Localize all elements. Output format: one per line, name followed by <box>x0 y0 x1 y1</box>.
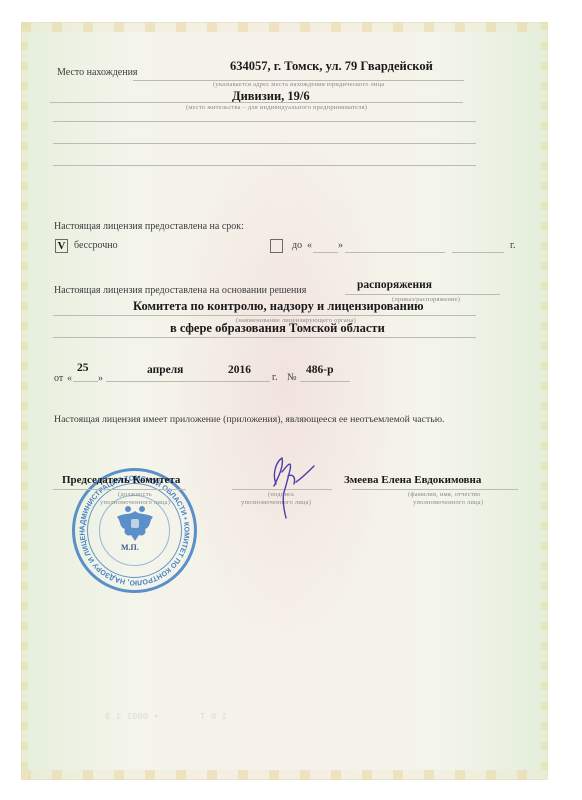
basis-doc-type-underline <box>345 294 500 295</box>
term-label: Настоящая лицензия предоставлена на срок… <box>54 221 244 232</box>
decision-year-underline <box>215 381 270 382</box>
position-hint-2: уполномоченного лица) <box>100 499 170 506</box>
decision-number-sign: № <box>287 372 297 383</box>
decision-number-underline <box>300 381 350 382</box>
date-prefix: от <box>54 373 63 384</box>
appendix-note: Настоящая лицензия имеет приложение (при… <box>54 414 445 425</box>
decision-month: апреля <box>147 364 183 376</box>
name-underline <box>352 489 518 490</box>
decision-month-underline <box>106 381 216 382</box>
handwritten-signature <box>262 452 322 522</box>
name-hint-1: (фамилия, имя, отчество <box>408 491 481 498</box>
indefinite-label: бессрочно <box>74 240 118 251</box>
until-year-suffix: г. <box>510 240 515 251</box>
basis-doc-type: распоряжения <box>357 279 432 291</box>
license-page <box>21 22 548 780</box>
signatory-position: Председатель Комитета <box>62 474 180 486</box>
until-close-quote: » <box>338 240 343 251</box>
decorative-border-bottom <box>21 770 548 780</box>
position-underline <box>53 489 186 490</box>
basis-label: Настоящая лицензия предоставлена на осно… <box>54 285 306 296</box>
decorative-border-left <box>21 22 28 780</box>
blank-line-3 <box>53 165 476 166</box>
until-month-field <box>345 252 445 253</box>
decorative-border-top <box>21 22 548 32</box>
decision-year: 2016 <box>228 364 251 376</box>
location-hint-1: (указывается адрес места нахождения юрид… <box>213 81 384 88</box>
until-year-field <box>452 252 504 253</box>
signatory-name: Змеева Елена Евдокимовна <box>344 474 481 486</box>
blank-line-1 <box>53 121 476 122</box>
seal-place-label: М.П. <box>121 543 139 552</box>
location-hint-2: (место жительства – для индивидуального … <box>186 104 367 111</box>
decision-day-underline <box>73 381 98 382</box>
position-hint-1: (должность <box>118 491 152 498</box>
bleed-through-serial: • 0001 1 9 <box>105 712 159 722</box>
date-open-quote: « <box>67 373 72 384</box>
decision-number: 486-р <box>306 364 333 376</box>
basis-authority-line1: Комитета по контролю, надзору и лицензир… <box>133 299 424 314</box>
basis-authority-line2: в сфере образования Томской области <box>170 321 385 336</box>
coat-of-arms-icon <box>113 501 157 545</box>
bleed-through-serial-2: 1 0 T <box>200 712 227 722</box>
indefinite-checkbox[interactable]: V <box>55 239 68 253</box>
until-day-field <box>313 252 338 253</box>
official-seal: АДМИНИСТРАЦИЯ ТОМСКОЙ ОБЛАСТИ • КОМИТЕТ … <box>72 468 197 593</box>
until-date-checkbox[interactable] <box>270 239 283 253</box>
until-open-quote: « <box>307 240 312 251</box>
blank-line-2 <box>53 143 476 144</box>
location-value-line1: 634057, г. Томск, ул. 79 Гвардейской <box>230 59 433 74</box>
location-label: Место нахождения <box>57 67 138 78</box>
location-underline-2 <box>50 102 463 103</box>
name-hint-2: уполномоченного лица) <box>413 499 483 506</box>
basis-authority-underline-1 <box>53 315 476 316</box>
decorative-border-right <box>541 22 548 780</box>
date-close-quote: » <box>98 373 103 384</box>
until-prefix: до <box>292 240 302 251</box>
basis-authority-underline-2 <box>53 337 476 338</box>
decision-day: 25 <box>77 362 89 374</box>
decision-year-suffix: г. <box>272 372 277 383</box>
